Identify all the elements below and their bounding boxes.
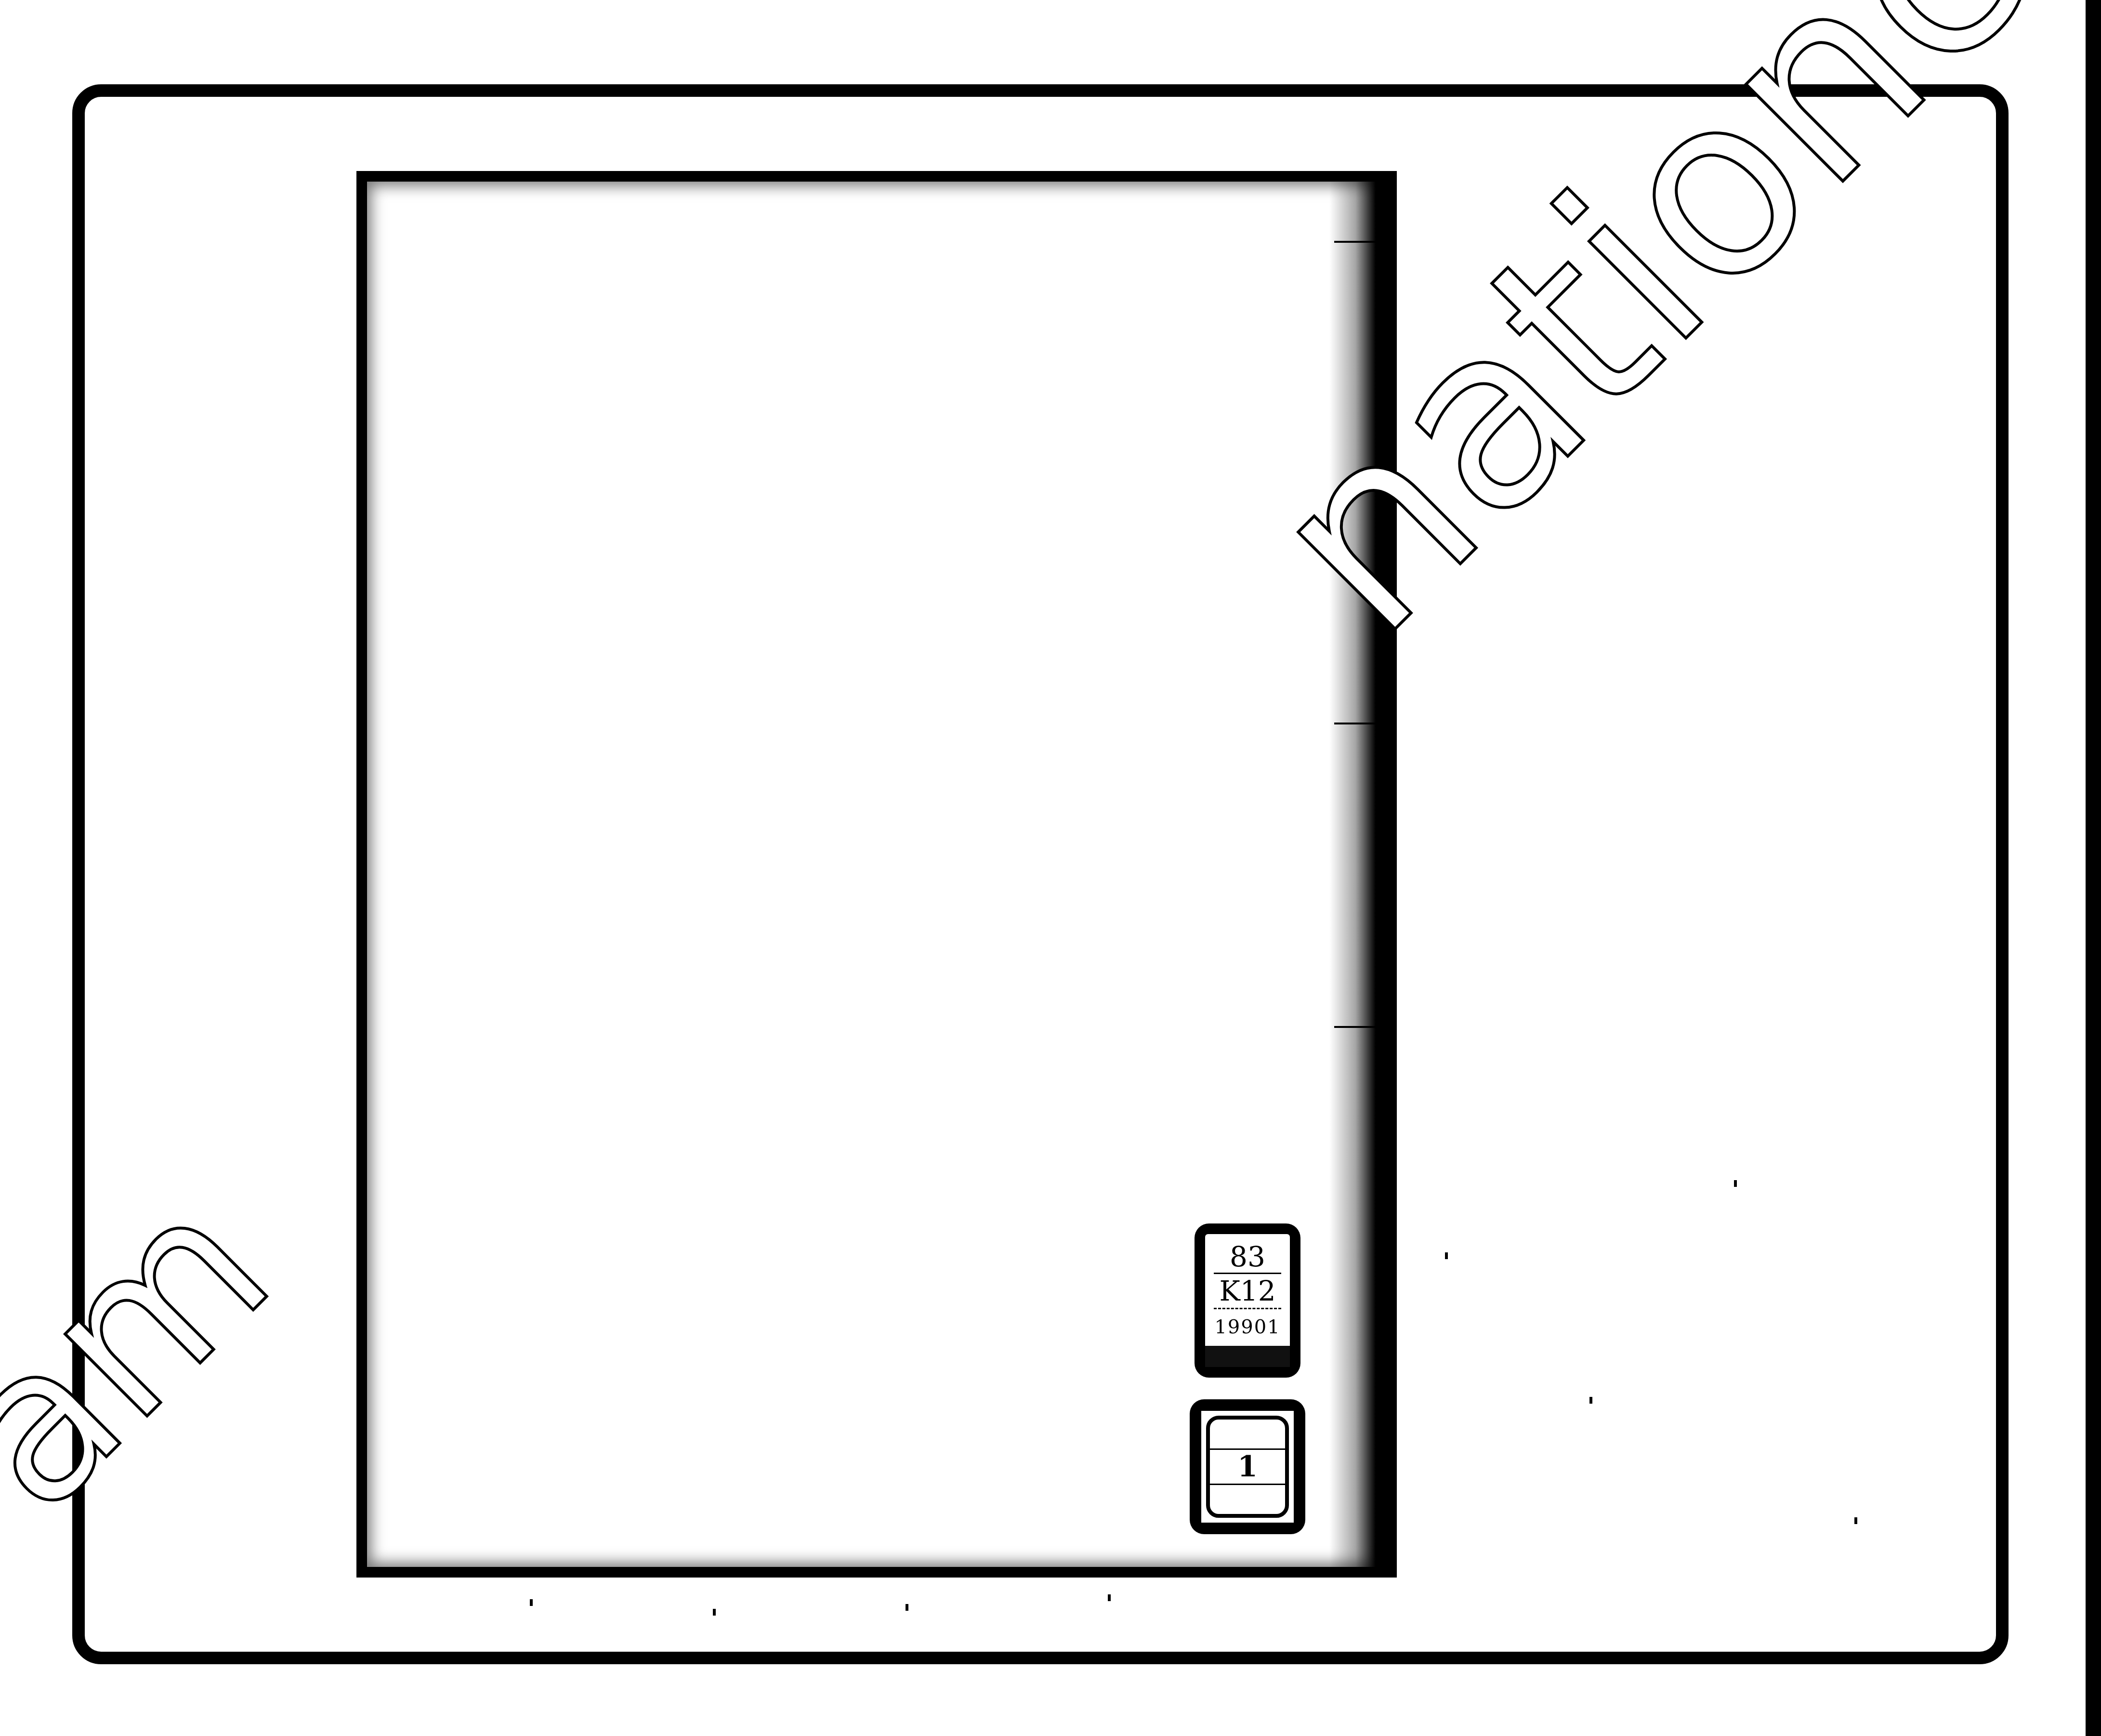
scan-speckle xyxy=(713,1609,716,1616)
volume-row-bottom xyxy=(1210,1485,1285,1514)
volume-label: 1 xyxy=(1190,1399,1305,1534)
label-band xyxy=(1205,1346,1290,1367)
call-number-class: 83 xyxy=(1214,1241,1282,1274)
scan-edge-strip xyxy=(2086,0,2101,1736)
call-number-accession: 19901 xyxy=(1214,1316,1280,1338)
call-number-cutter: K12 xyxy=(1214,1274,1282,1309)
volume-number: 1 xyxy=(1210,1450,1285,1485)
hinge-line xyxy=(1334,1026,1387,1028)
scan-speckle xyxy=(906,1604,908,1611)
scan-speckle xyxy=(530,1599,533,1606)
volume-row-top xyxy=(1210,1420,1285,1450)
hinge-line xyxy=(1334,723,1387,724)
scan-speckle xyxy=(1854,1517,1857,1524)
scan-speckle xyxy=(1445,1252,1448,1259)
scan-speckle xyxy=(1108,1594,1111,1601)
scan-speckle xyxy=(1589,1397,1592,1404)
hinge-line xyxy=(1334,241,1387,243)
scan-speckle xyxy=(1734,1180,1737,1187)
call-number-label: 83 K12 19901 xyxy=(1195,1223,1300,1378)
